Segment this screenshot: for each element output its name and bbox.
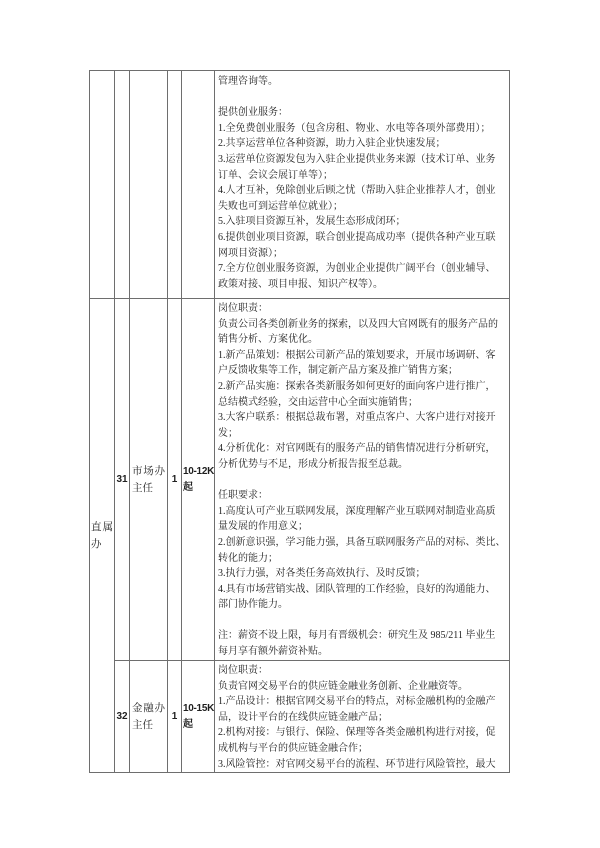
description-cell: 岗位职责： 负责公司各类创新业务的探索，以及四大官网既有的服务产品的 销售分析、… [215,298,510,660]
empty-cell [168,71,182,298]
row-number-cell: 31 [115,298,130,660]
empty-cell [115,71,130,298]
document-page: 管理咨询等。 提供创业服务： 1.全免费创业服务（包含房租、物业、水电等各项外部… [0,0,600,848]
empty-cell [130,71,168,298]
description-cell-continuation: 管理咨询等。 提供创业服务： 1.全免费创业服务（包含房租、物业、水电等各项外部… [215,71,510,298]
empty-cell [182,71,215,298]
row-number-cell: 32 [115,660,130,772]
job-table: 管理咨询等。 提供创业服务： 1.全免费创业服务（包含房租、物业、水电等各项外部… [89,70,510,773]
description-cell: 岗位职责： 负责官网交易平台的供应链金融业务创新、企业融资等。 1.产品设计：根… [215,660,510,772]
salary-label: 10-15K起 [182,701,214,733]
salary-label: 10-12K起 [182,464,214,496]
group-label: 直属办 [91,519,113,553]
headcount-cell: 1 [168,298,182,660]
dept-label: 市场办主任 [132,463,165,497]
empty-cell [90,71,115,298]
salary-cell: 10-12K起 [182,298,215,660]
salary-cell: 10-15K起 [182,660,215,772]
dept-cell: 金融办主任 [130,660,168,772]
headcount-cell: 1 [168,660,182,772]
dept-cell: 市场办主任 [130,298,168,660]
dept-label: 金融办主任 [132,700,165,734]
group-cell: 直属办 [90,298,115,772]
